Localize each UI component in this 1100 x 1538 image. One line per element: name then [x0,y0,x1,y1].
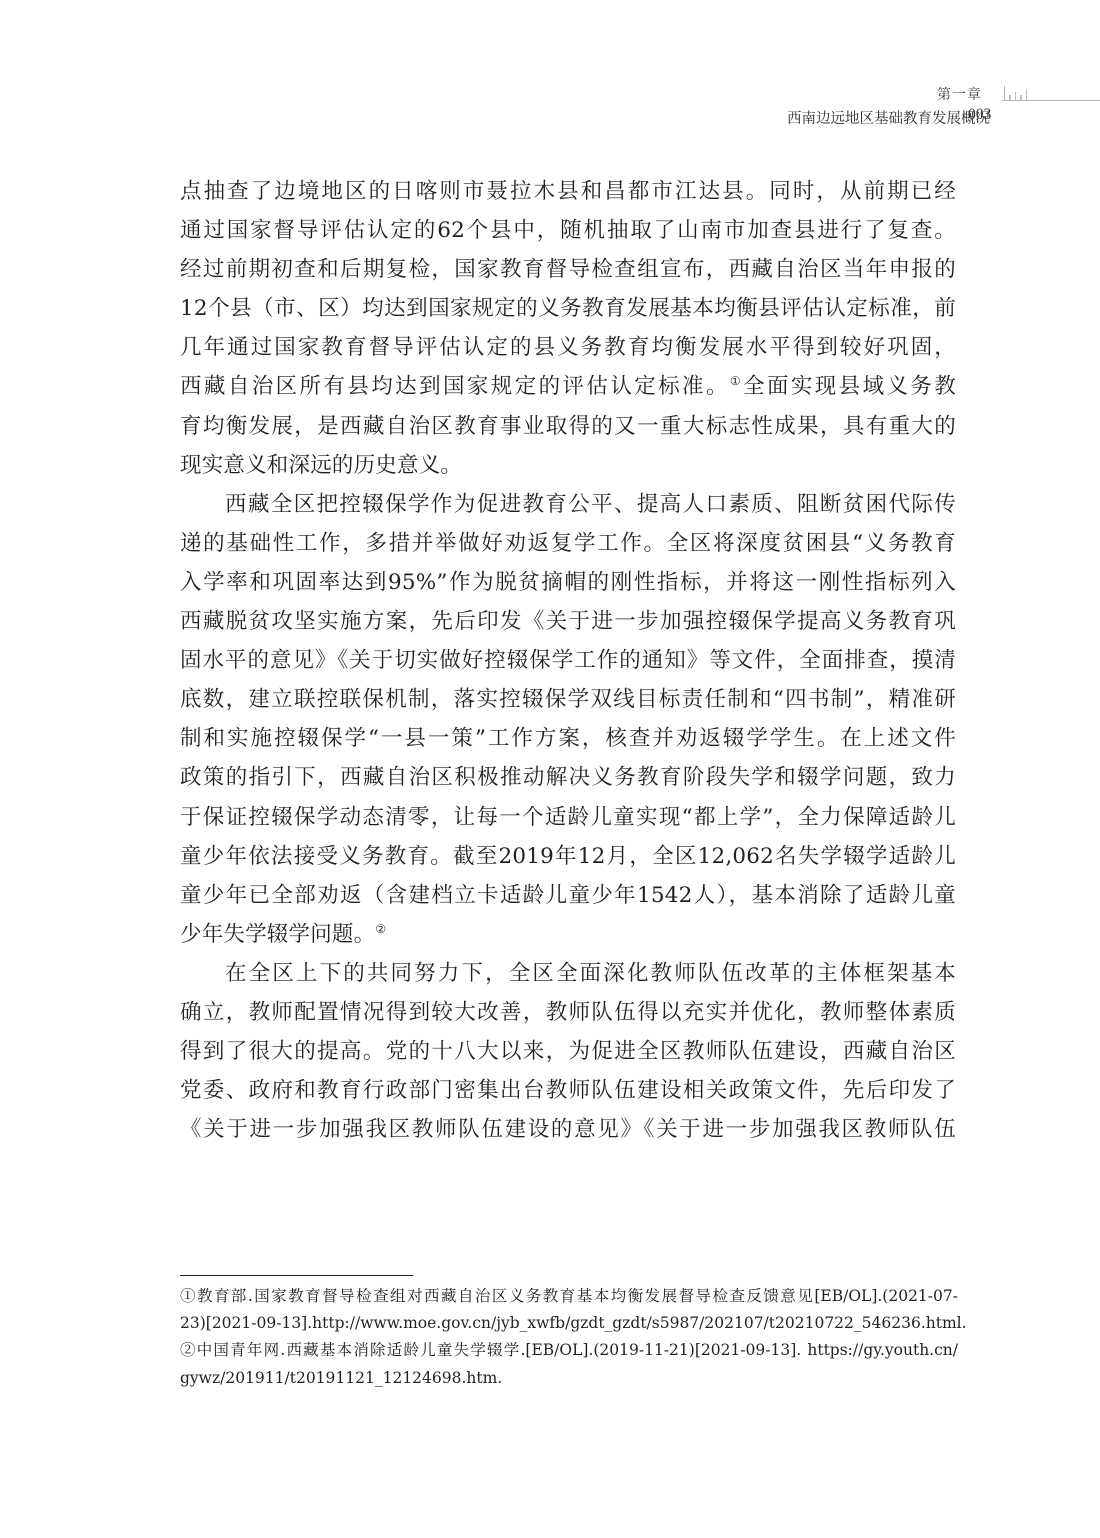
text-line: 制和实施控辍保学“一县一策”工作方案，核查并劝返辍学学生。在上述文件 [180,719,956,758]
text-span: 西藏自治区所有县均达到国家规定的评估认定标准。 [180,374,730,399]
text-line: 通过国家督导评估认定的62个县中，随机抽取了山南市加查县进行了复查。 [180,211,956,250]
text-line: 西藏自治区所有县均达到国家规定的评估认定标准。①全面实现县域义务教 [180,367,956,406]
text-line: 得到了很大的提高。党的十八大以来，为促进全区教师队伍建设，西藏自治区 [180,1032,956,1071]
text-line: 政策的指引下，西藏自治区积极推动解决义务教育阶段失学和辍学问题，致力 [180,758,956,797]
bar-chart-ornament-icon [1004,86,1039,100]
chapter-title: 西南边远地区基础教育发展概况 [787,107,990,128]
footnote-line[interactable]: 23)[2021-09-13].http://www.moe.gov.cn/jy… [180,1310,958,1337]
text-span: 少年失学辍学问题。 [180,922,375,947]
body-text: 点抽查了边境地区的日喀则市聂拉木县和昌都市江达县。同时，从前期已经 通过国家督导… [180,172,956,1149]
text-line: 确立，教师配置情况得到较大改善，教师队伍得以充实并优化，教师整体素质 [180,993,956,1032]
text-line: 党委、政府和教育行政部门密集出台教师队伍建设相关政策文件，先后印发了 [180,1071,956,1110]
text-line: 点抽查了边境地区的日喀则市聂拉木县和昌都市江达县。同时，从前期已经 [180,172,956,211]
footnote-line[interactable]: gywz/201911/t20191121_12124698.htm. [180,1365,958,1392]
text-line: 在全区上下的共同努力下，全区全面深化教师队伍改革的主体框架基本 [180,954,956,993]
paragraph: 西藏全区把控辍保学作为促进教育公平、提高人口素质、阻断贫困代际传 递的基础性工作… [180,485,956,954]
text-line: 童少年依法接受义务教育。截至2019年12月，全区12,062名失学辍学适龄儿 [180,837,956,876]
text-line: 经过前期初查和后期复检，国家教育督导检查组宣布，西藏自治区当年申报的 [180,250,956,289]
footnotes: ①教育部.国家教育督导检查组对西藏自治区义务教育基本均衡发展督导检查反馈意见[E… [180,1283,958,1392]
text-line: 固水平的意见》《关于切实做好控辍保学工作的通知》等文件，全面排查，摸清 [180,641,956,680]
running-head: 第一章 西南边远地区基础教育发展概况 003 [700,84,1100,134]
text-line: 童少年已全部劝返（含建档立卡适龄儿童少年1542人），基本消除了适龄儿童 [180,876,956,915]
text-line: 西藏脱贫攻坚实施方案，先后印发《关于进一步加强控辍保学提高义务教育巩 [180,602,956,641]
page-number: 003 [968,106,991,124]
footnote-2: ②中国青年网.西藏基本消除适龄儿童失学辍学.[EB/OL].(2019-11-2… [180,1337,958,1391]
text-line: 《关于进一步加强我区教师队伍建设的意见》《关于进一步加强我区教师队伍 [180,1110,956,1149]
text-line: 入学率和巩固率达到95%”作为脱贫摘帽的刚性指标，并将这一刚性指标列入 [180,563,956,602]
paragraph: 点抽查了边境地区的日喀则市聂拉木县和昌都市江达县。同时，从前期已经 通过国家督导… [180,172,956,485]
text-line: 少年失学辍学问题。② [180,915,956,954]
paragraph: 在全区上下的共同努力下，全区全面深化教师队伍改革的主体框架基本 确立，教师配置情… [180,954,956,1149]
text-line: 现实意义和深远的历史意义。 [180,446,956,485]
text-line: 12个县（市、区）均达到国家规定的义务教育发展基本均衡县评估认定标准，前 [180,289,956,328]
text-line: 西藏全区把控辍保学作为促进教育公平、提高人口素质、阻断贫困代际传 [180,485,956,524]
header-rule [1002,100,1100,101]
footnote-ref[interactable]: ② [375,922,386,936]
text-line: 底数，建立联控联保机制，落实控辍保学双线目标责任制和“四书制”，精准研 [180,680,956,719]
footnote-line[interactable]: ②中国青年网.西藏基本消除适龄儿童失学辍学.[EB/OL].(2019-11-2… [180,1337,958,1364]
text-line: 几年通过国家教育督导评估认定的县义务教育均衡发展水平得到较好巩固， [180,328,956,367]
chapter-label: 第一章 [937,84,982,104]
text-line: 育均衡发展，是西藏自治区教育事业取得的又一重大标志性成果，具有重大的 [180,407,956,446]
text-span: 全面实现县域义务教 [743,374,956,399]
text-line: 于保证控辍保学动态清零，让每一个适龄儿童实现“都上学”，全力保障适龄儿 [180,798,956,837]
footnote-1: ①教育部.国家教育督导检查组对西藏自治区义务教育基本均衡发展督导检查反馈意见[E… [180,1283,958,1337]
text-line: 递的基础性工作，多措并举做好劝返复学工作。全区将深度贫困县“义务教育 [180,524,956,563]
footnote-separator [180,1275,413,1276]
footnote-ref[interactable]: ① [730,374,743,388]
footnote-line: ①教育部.国家教育督导检查组对西藏自治区义务教育基本均衡发展督导检查反馈意见[E… [180,1283,958,1310]
